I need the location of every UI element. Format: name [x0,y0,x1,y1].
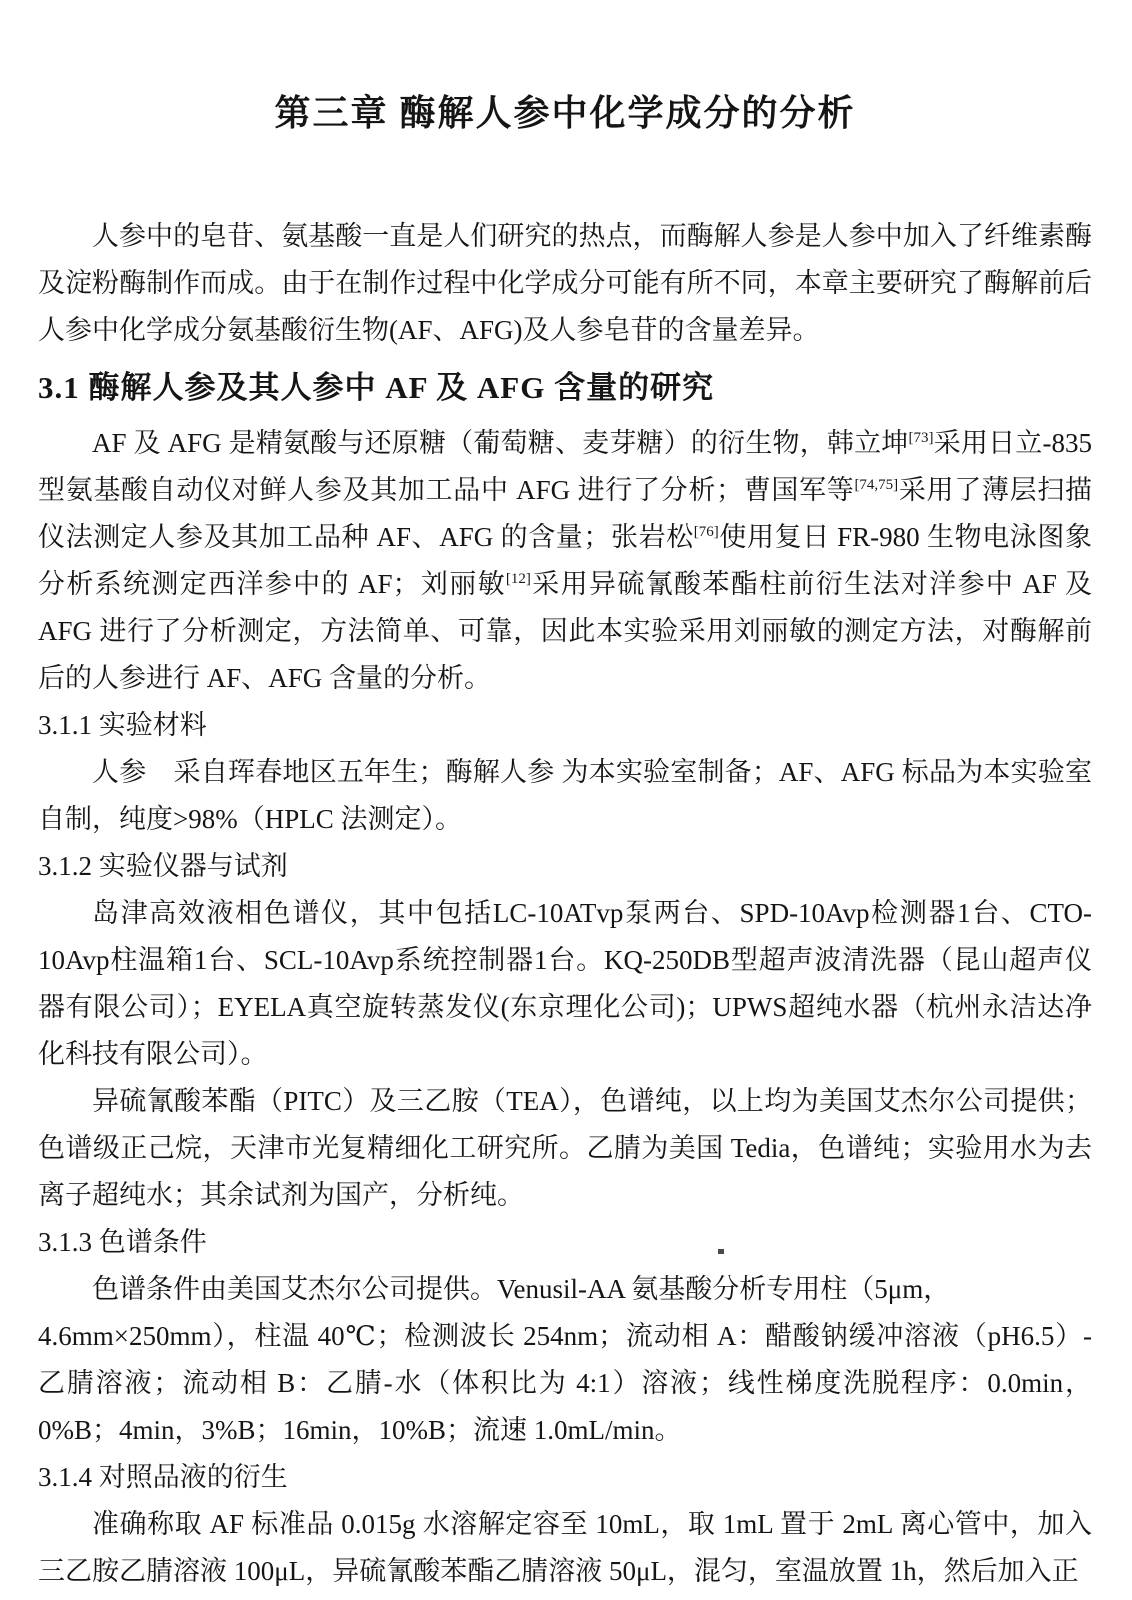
paragraph-text: 4.6mm×250mm），柱温 40℃；检测波长 254nm；流动相 A：醋酸钠… [38,1321,1092,1445]
paragraph-text: 色谱条件由美国艾杰尔公司提供。Venusil-AA 氨基酸分析专用柱（5μm， [92,1274,950,1304]
section-heading-3-1-1: 3.1.1 实验材料 [38,702,1092,749]
citation-ref-73: [73] [909,430,934,446]
section-heading-3-1-2: 3.1.2 实验仪器与试剂 [38,843,1092,890]
section-3-1-paragraph: AF 及 AFG 是精氨酸与还原糖（葡萄糖、麦芽糖）的衍生物，韩立坤[73]采用… [38,420,1092,702]
citation-ref-12: [12] [506,571,531,587]
section-heading-3-1: 3.1 酶解人参及其人参中 AF 及 AFG 含量的研究 [38,368,1092,408]
section-3-1-3-paragraph: 色谱条件由美国艾杰尔公司提供。Venusil-AA 氨基酸分析专用柱（5μm，4… [38,1266,1092,1454]
scan-artifact-dot [718,1249,724,1254]
section-3-1-2-paragraph-instruments: 岛津高效液相色谱仪，其中包括LC-10ATvp泵两台、SPD-10Avp检测器1… [38,890,1092,1078]
citation-ref-74-75: [74,75] [854,477,898,493]
section-heading-3-1-3: 3.1.3 色谱条件 [38,1219,1092,1266]
section-3-1-4-paragraph: 准确称取 AF 标准品 0.015g 水溶解定容至 10mL，取 1mL 置于 … [38,1501,1092,1595]
intro-paragraph: 人参中的皂苷、氨基酸一直是人们研究的热点，而酶解人参是人参中加入了纤维素酶及淀粉… [38,213,1092,354]
document-page: 第三章 酶解人参中化学成分的分析 人参中的皂苷、氨基酸一直是人们研究的热点，而酶… [0,0,1132,1600]
citation-ref-76: [76] [694,524,719,540]
chapter-title: 第三章 酶解人参中化学成分的分析 [38,90,1092,137]
paragraph-text: AF 及 AFG 是精氨酸与还原糖（葡萄糖、麦芽糖）的衍生物，韩立坤 [92,428,909,458]
section-3-1-2-paragraph-reagents: 异硫氰酸苯酯（PITC）及三乙胺（TEA），色谱纯，以上均为美国艾杰尔公司提供；… [38,1078,1092,1219]
section-3-1-1-paragraph: 人参 采自珲春地区五年生；酶解人参 为本实验室制备；AF、AFG 标品为本实验室… [38,749,1092,843]
section-heading-3-1-4: 3.1.4 对照品液的衍生 [38,1454,1092,1501]
